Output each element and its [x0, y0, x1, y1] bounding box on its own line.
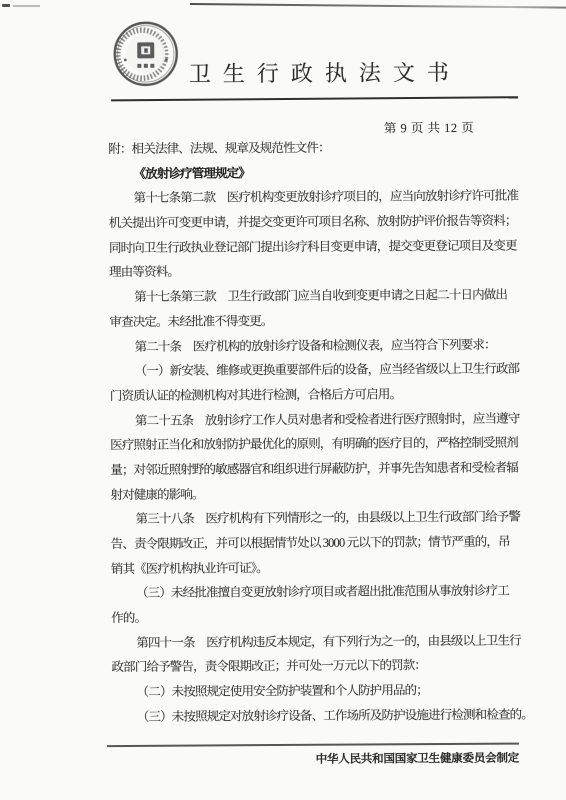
body-text-line: （二）未按照规定使用安全防护装置和个人防护用品的； [112, 678, 524, 705]
body-text-line: 告、责令限期改正，并可以根据情节处以 3000 元以下的罚款；情节严重的，吊 [111, 530, 523, 557]
body-text-line: （三）未经批准擅自变更放射诊疗项目或者超出批准范围从事放射诊疗工 [111, 579, 523, 606]
scanned-document-page: 卫生行政执法文书 第 9 页 共 12 页 附：相关法律、法规、规章及规范性文件… [0, 0, 566, 800]
document-body: 附：相关法律、法规、规章及规范性文件：《放射诊疗管理规定》第十七条第二款 医疗机… [108, 135, 524, 730]
body-text-line: （三）未按照规定对放射诊疗设备、工作场所及防护设施进行检测和检查的。 [112, 702, 524, 729]
body-text-line: 审查决定。未经批准不得变更。 [109, 307, 521, 334]
body-text-line: 医疗照射正当化和放射防护最优化的原则，有明确的医疗目的，严格控制受照剂 [110, 431, 522, 458]
body-text-line: 第十七条第三款 卫生行政部门应当自收到变更申请之日起二十日内做出 [109, 283, 521, 310]
official-round-seal-icon [112, 20, 180, 88]
body-text-line: 第四十一条 医疗机构违反本规定，有下列行为之一的，由县级以上卫生行 [111, 628, 523, 655]
body-text-line: 《放射诊疗管理规定》 [108, 159, 520, 186]
body-text-line: 政部门给予警告，责令限期改正；并可处一万元以下的罚款： [111, 653, 523, 680]
body-text-line: 机关提出许可变更申请，并提交变更许可项目名称、放射防护评价报告等资料； [109, 209, 521, 236]
body-text-line: 量；对邻近照射野的敏感器官和组织进行屏蔽防护，并事先告知患者和受检者辐 [110, 455, 522, 482]
header-divider [111, 96, 518, 101]
body-text-line: 理由等资料。 [109, 258, 521, 285]
body-text-line: 第二十条 医疗机构的放射诊疗设备和检测仪表，应当符合下列要求： [109, 332, 521, 359]
footer-divider [107, 743, 519, 747]
body-text-line: 射对健康的影响。 [110, 480, 522, 507]
body-text-line: 门资质认证的检测机构对其进行检测，合格后方可启用。 [110, 381, 522, 408]
body-text-line: 附：相关法律、法规、规章及规范性文件： [108, 135, 520, 162]
body-text-line: 同时向卫生行政执业登记部门提出诊疗科目变更申请，提交变更登记项目及变更 [109, 233, 521, 260]
body-text-line: 第十七条第二款 医疗机构变更放射诊疗项目的，应当向放射诊疗许可批准 [109, 184, 521, 211]
footer-issuer: 中华人民共和国国家卫生健康委员会制定 [316, 750, 520, 767]
body-text-line: 销其《医疗机构执业许可证》。 [111, 554, 523, 581]
document-content: 卫生行政执法文书 第 9 页 共 12 页 附：相关法律、法规、规章及规范性文件… [0, 0, 566, 800]
body-text-line: 第三十八条 医疗机构有下列情形之一的，由县级以上卫生行政部门给予警 [111, 505, 523, 532]
document-title: 卫生行政执法文书 [189, 56, 461, 89]
body-text-line: （一）新安装、维修或更换重要部件后的设备，应当经省级以上卫生行政部 [110, 357, 522, 384]
page-indicator: 第 9 页 共 12 页 [384, 118, 474, 137]
body-text-line: 作的。 [111, 604, 523, 631]
body-text-line: 第二十五条 放射诊疗工作人员对患者和受检者进行医疗照射时，应当遵守 [110, 406, 522, 433]
